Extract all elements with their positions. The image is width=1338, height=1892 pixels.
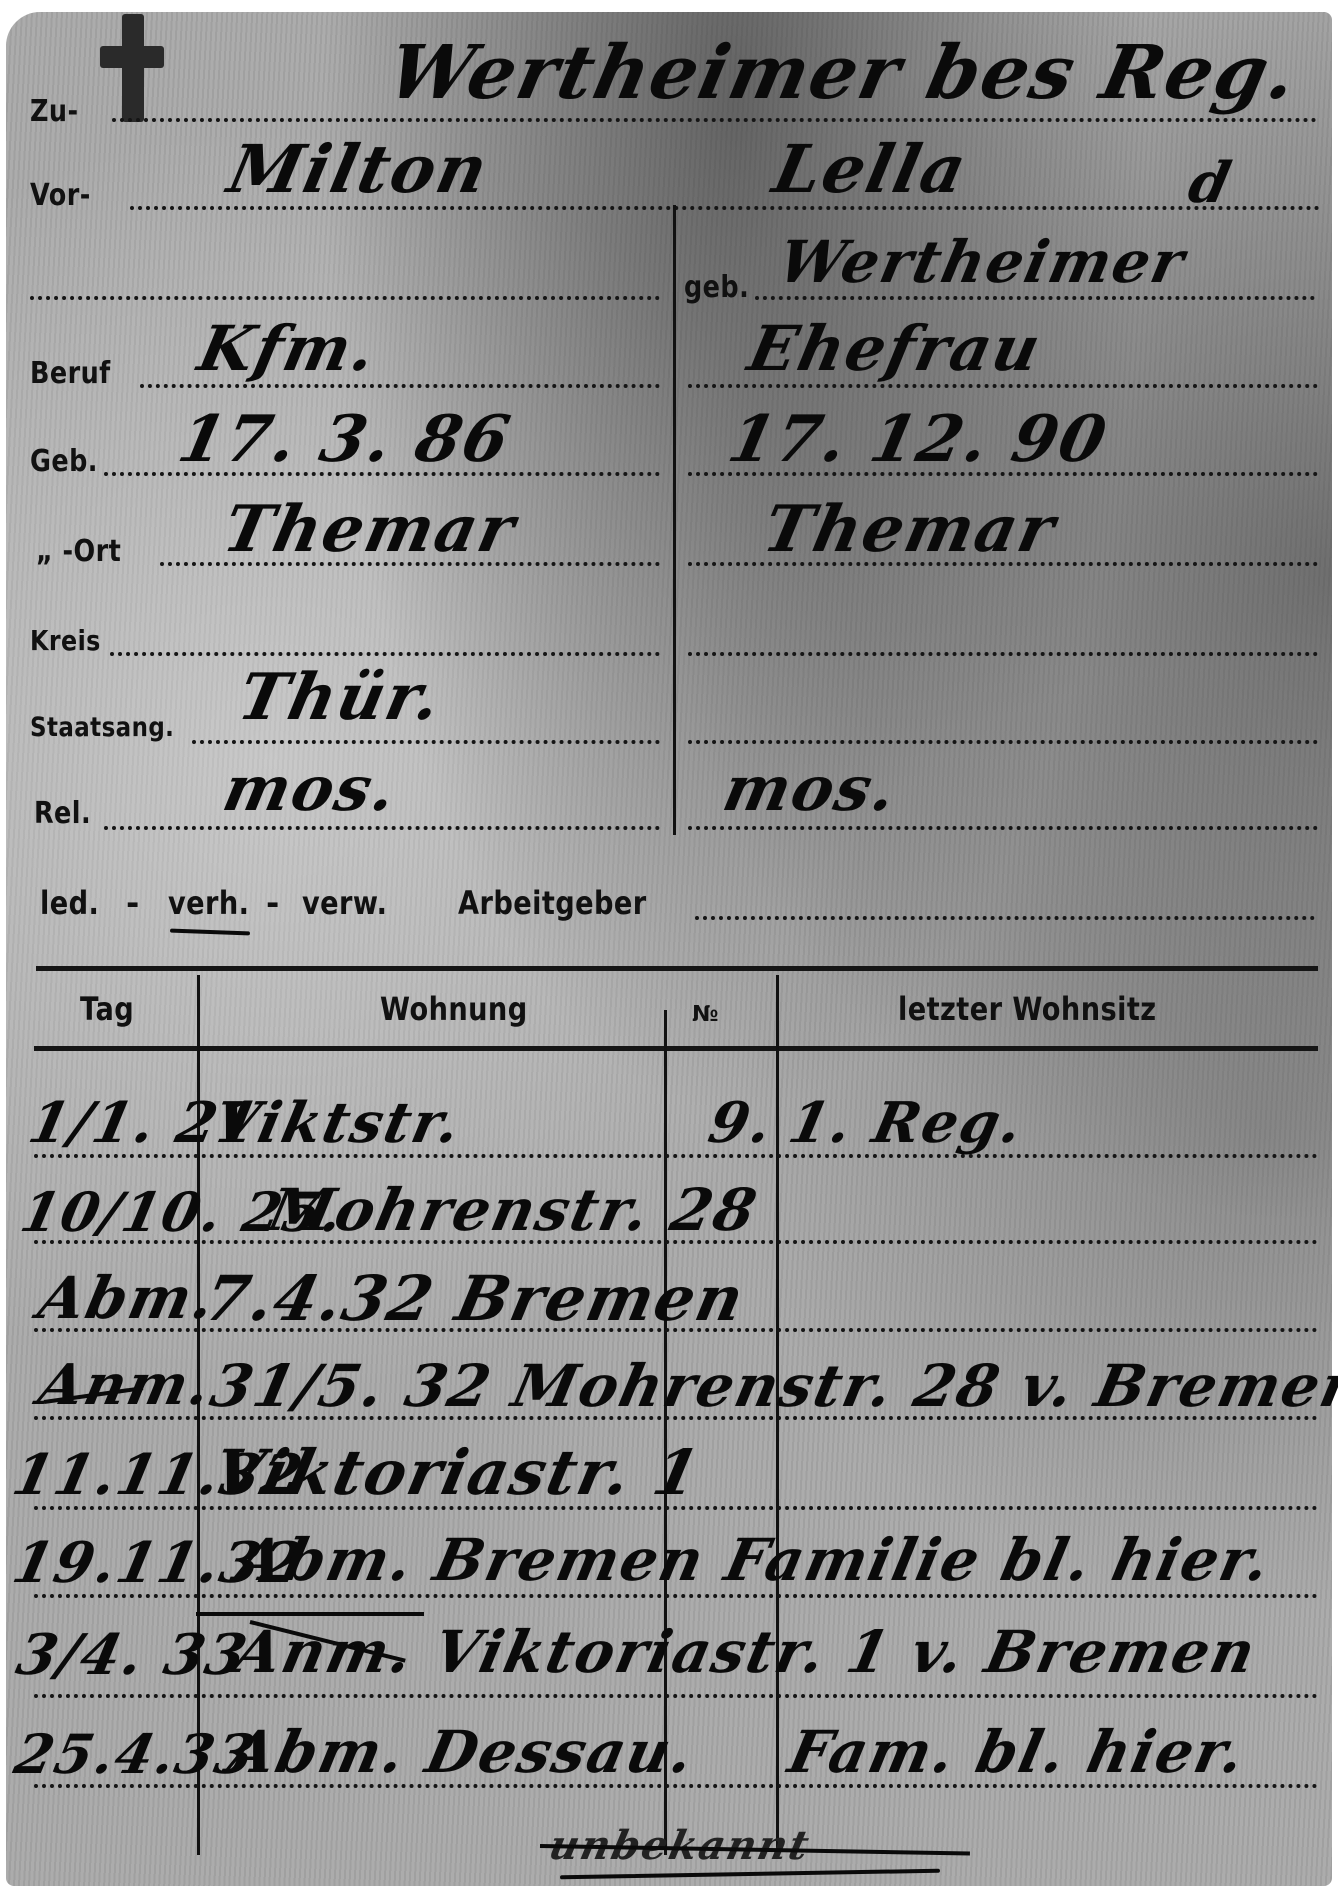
table-top-rule <box>36 966 1318 971</box>
status-verwitwet: verw. <box>302 884 387 922</box>
wife-birth-date: 17. 12. 90 <box>722 402 1114 477</box>
cross-icon <box>100 14 164 122</box>
status-verheiratet: verh. <box>168 884 249 922</box>
label-geb-maiden: geb. <box>684 270 749 305</box>
row7-wohnung: Anm. Viktoriastr. 1 v. Bremen <box>229 1618 1263 1686</box>
dotted-line <box>104 826 660 830</box>
wife-first-name: Lella <box>767 130 975 208</box>
row3-tag: Abm. <box>33 1264 223 1332</box>
husband-birth-place: Themar <box>217 492 523 567</box>
header-tag: Tag <box>80 990 134 1028</box>
dotted-line <box>688 826 1318 830</box>
row1-wohnung: Viktstr. <box>208 1090 468 1156</box>
dotted-line <box>695 916 1315 920</box>
label-arbeitgeber: Arbeitgeber <box>458 884 647 922</box>
row7-tag: 3/4. 33 <box>11 1622 254 1688</box>
header-nr: № <box>692 1002 719 1027</box>
row3-wohnung: 7.4.32 Bremen <box>198 1262 751 1335</box>
row8-wohnung: Abm. Dessau. <box>223 1718 701 1786</box>
status-separator: - <box>266 884 280 922</box>
row6-wohnung: Abm. Bremen Familie bl. hier. <box>231 1526 1278 1594</box>
label-staatsang: Staatsang. <box>30 712 174 743</box>
status-ledig: led. <box>40 884 99 922</box>
husband-first-name: Milton <box>222 130 496 208</box>
table-row-line <box>34 1694 1318 1698</box>
row2-nr: 28 <box>665 1176 764 1244</box>
row4-wohnung: 31/5. 32 Mohrenstr. 28 v. Bremen <box>205 1352 1338 1420</box>
dotted-line <box>755 296 1315 300</box>
husband-religion: mos. <box>217 752 404 825</box>
label-geburtsort: „ -Ort <box>36 534 121 569</box>
row8-letzter: Fam. bl. hier. <box>783 1718 1252 1786</box>
dotted-line <box>112 118 1317 122</box>
husband-citizenship: Thür. <box>232 660 449 735</box>
header-wohnung: Wohnung <box>380 990 528 1028</box>
wife-occupation: Ehefrau <box>742 312 1048 385</box>
label-zuname: Zu- <box>30 94 79 129</box>
table-header-rule <box>34 1046 1318 1051</box>
dotted-line <box>688 740 1318 744</box>
row1-letzter: 1. Reg. <box>783 1090 1030 1156</box>
husband-birth-date: 17. 3. 86 <box>172 402 518 477</box>
row6-strikethrough <box>196 1612 424 1616</box>
wife-maiden-name: Wertheimer <box>773 228 1192 296</box>
dotted-line <box>688 652 1318 656</box>
label-kreis: Kreis <box>30 624 101 657</box>
column-divider <box>673 205 676 835</box>
dotted-line <box>110 652 660 656</box>
husband-occupation: Kfm. <box>192 312 383 385</box>
handwritten-surname: Wertheimer bes Reg. <box>381 30 1306 116</box>
status-separator: - <box>126 884 140 922</box>
label-rel: Rel. <box>34 796 91 831</box>
wife-religion: mos. <box>717 752 904 825</box>
row2-wohnung: Mohrenstr. <box>263 1176 657 1244</box>
row4-tag: Anm. <box>33 1352 218 1418</box>
wife-birth-place: Themar <box>757 492 1063 567</box>
header-letzter-wohnsitz: letzter Wohnsitz <box>898 990 1157 1028</box>
label-geb: Geb. <box>30 444 98 479</box>
label-beruf: Beruf <box>30 356 111 391</box>
dotted-line <box>30 296 660 300</box>
label-vorname: Vor- <box>30 178 91 213</box>
row5-wohnung: Viktoriastr. 1 <box>207 1436 707 1509</box>
dotted-line <box>192 740 660 744</box>
